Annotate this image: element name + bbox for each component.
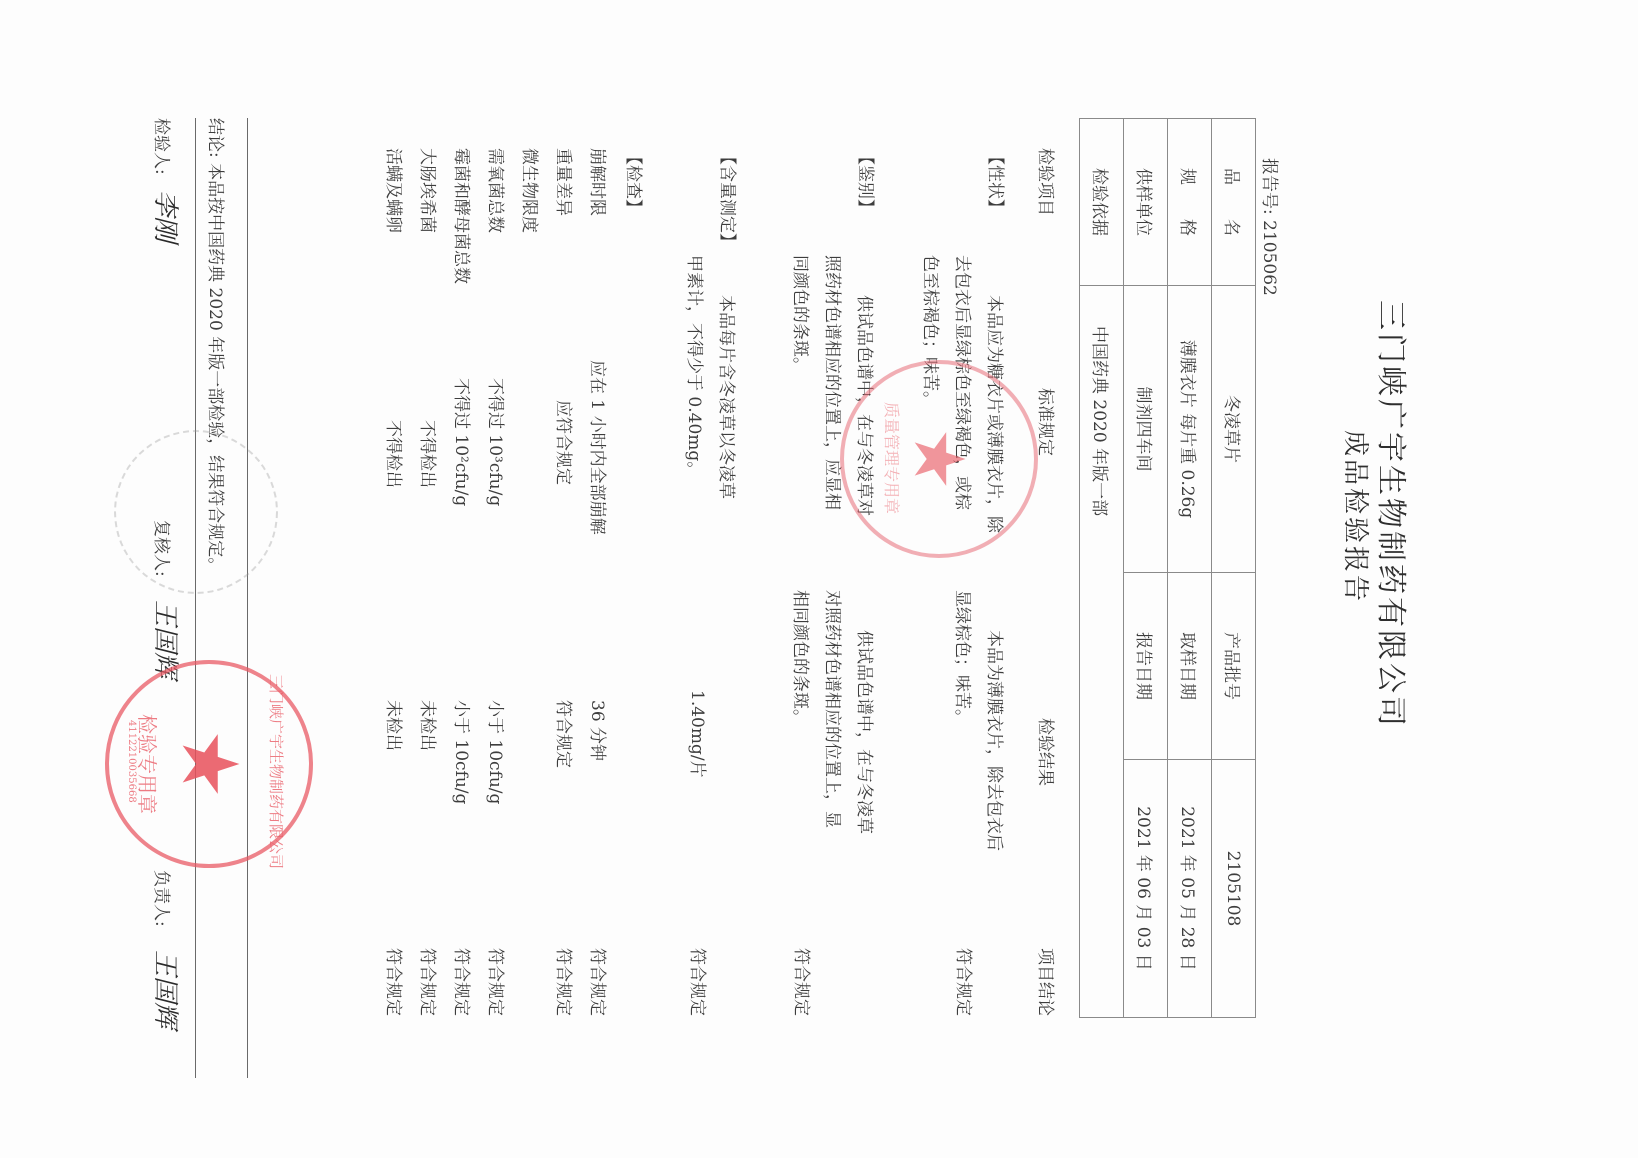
label-spec: 规 格 [1168, 119, 1212, 286]
section-assay-standard: 本品每片含冬凌草以冬凌草 甲素计，不得少于 0.40mg。 [678, 255, 742, 499]
test-standard: 不得过 10²cfu/g [451, 378, 476, 506]
value-supplier: 制剂四车间 [1124, 286, 1168, 573]
inspector-signature: 李刚 [149, 190, 186, 242]
col-header-item: 检验项目 [1035, 148, 1060, 216]
test-conclusion: 符合规定 [587, 948, 612, 1016]
test-result: 未检出 [417, 700, 442, 751]
test-item: 活螨及螨卵 [383, 148, 408, 233]
test-result: 未检出 [383, 700, 408, 751]
section-assay-label: 【含量测定】 [717, 148, 742, 250]
value-spec: 薄膜衣片 每片重 0.26g [1168, 286, 1212, 573]
test-result: 符合规定 [553, 700, 578, 768]
header-table: 品 名 冬凌草片 产品批号 2105108 规 格 薄膜衣片 每片重 0.26g… [1079, 118, 1256, 1018]
inspector-label: 检验人: [151, 118, 176, 175]
test-standard: 不得检出 [417, 420, 442, 488]
company-stamp: ★ 三门峡广宇生物制药有限公司 检验专用章 4112210035668 [105, 660, 313, 868]
test-conclusion: 符合规定 [451, 948, 476, 1016]
label-sampling-date: 取样日期 [1168, 573, 1212, 760]
test-conclusion: 符合规定 [485, 948, 510, 1016]
label-supplier: 供样单位 [1124, 119, 1168, 286]
report-number: 报告号: 2105062 [1259, 158, 1284, 296]
test-conclusion: 符合规定 [553, 948, 578, 1016]
test-standard: 不得检出 [383, 420, 408, 488]
conclusion-divider [247, 118, 248, 1078]
test-standard: 应在 1 小时内全部崩解 [587, 360, 612, 535]
section-character-result: 本品为薄膜衣片，除去包衣后 显绿棕色；味苦。 [946, 590, 1010, 851]
responsible-label: 负责人: [151, 870, 176, 927]
test-conclusion: 符合规定 [417, 948, 442, 1016]
value-sampling-date: 2021 年 05 月 28 日 [1168, 760, 1212, 1018]
section-character-conclusion: 符合规定 [953, 948, 978, 1016]
value-basis: 中国药典 2020 年版一部 [1080, 286, 1124, 1018]
label-product-name: 品 名 [1212, 119, 1256, 286]
col-header-standard: 标准规定 [1035, 388, 1060, 456]
responsible-signature: 王国辉 [149, 950, 186, 1028]
col-header-conclusion: 项目结论 [1035, 948, 1060, 1016]
test-standard: 应符合规定 [553, 400, 578, 485]
company-name: 三门峡广宇生物制药有限公司 [1372, 300, 1416, 729]
value-report-date: 2021 年 06 月 03 日 [1124, 760, 1168, 1018]
section-assay-result: 1.40mg/片 [687, 690, 712, 778]
section-identification-label: 【鉴别】 [855, 148, 880, 216]
test-item: 霉菌和酵母菌总数 [451, 148, 476, 284]
test-item: 崩解时限 [587, 148, 612, 216]
test-item: 大肠埃希菌 [417, 148, 442, 233]
faded-stamp [114, 430, 278, 594]
test-item: 微生物限度 [519, 148, 544, 233]
label-report-date: 报告日期 [1124, 573, 1168, 760]
value-product-name: 冬凌草片 [1212, 286, 1256, 573]
test-item: 重量差异 [553, 148, 578, 216]
test-result: 小于 10cfu/g [485, 700, 510, 804]
inspection-report-page: 三门峡广宇生物制药有限公司 成品检验报告 报告号: 2105062 品 名 冬凌… [0, 0, 1638, 1158]
section-assay-conclusion: 符合规定 [687, 948, 712, 1016]
stamp-star-icon: ★ [164, 729, 254, 799]
col-header-result: 检验结果 [1035, 718, 1060, 786]
label-batch: 产品批号 [1212, 573, 1256, 760]
value-batch: 2105108 [1212, 760, 1256, 1018]
report-title: 成品检验报告 [1339, 430, 1376, 604]
test-result: 小于 10cfu/g [451, 700, 476, 804]
label-basis: 检验依据 [1080, 119, 1124, 286]
section-character-label: 【性状】 [985, 148, 1010, 216]
test-item: 需氧菌总数 [485, 148, 510, 233]
test-conclusion: 符合规定 [383, 948, 408, 1016]
test-standard: 不得过 10³cfu/g [485, 378, 510, 506]
quality-stamp: ★ 质量管理专用章 [840, 360, 1038, 558]
test-result: 36 分钟 [587, 700, 612, 761]
signature-divider [195, 118, 196, 1078]
stamp-star-icon: ★ [898, 428, 980, 491]
section-tests-label: 【检查】 [623, 148, 648, 216]
section-identification-result: 供试品色谱中，在与冬凌草 对照药材色谱相应的位置上，显 相同颜色的条斑。 [784, 590, 880, 834]
section-identification-conclusion: 符合规定 [791, 948, 816, 1016]
